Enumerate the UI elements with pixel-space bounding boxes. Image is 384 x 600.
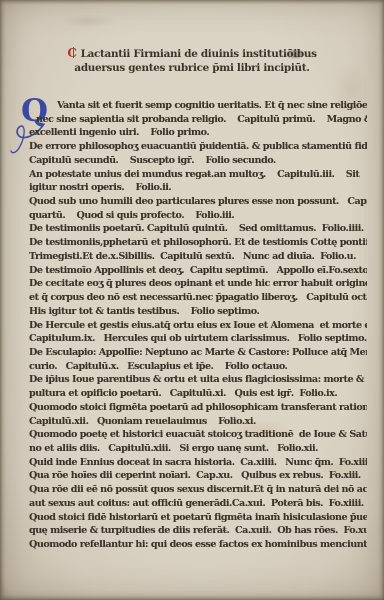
- rubric-heading: CLactantii Firmiani de diuinis instituti…: [0, 46, 384, 75]
- text-line: Capitulum.ix. Hercules qui ob uirtutem c…: [29, 332, 367, 346]
- text-line: quę miserie & turpitudies de diis referā…: [29, 524, 367, 538]
- table-of-contents: Vanta sit et fuerit semp cognitio uerita…: [29, 99, 367, 552]
- heading-line-1-wrap: CLactantii Firmiani de diuinis instituti…: [0, 46, 384, 61]
- text-line: pultura et opificio poetarū. Capitulū.xi…: [29, 387, 367, 401]
- text-line: quartū. Quod si quis profecto. Folio.iii…: [29, 209, 367, 223]
- heading-line-2: aduersus gentes rubrice p̄mi libri incip…: [0, 61, 384, 75]
- text-line: De cecitate eoʒ q̄ plures deos opinanŧ e…: [29, 277, 367, 291]
- text-line: et q̄ corpus deo nō est necessariū.nec p…: [29, 291, 367, 305]
- text-line: De errore philosophoʒ euacuantiū p̄uiden…: [29, 140, 367, 154]
- text-line: De testimoīo Appollinis et deoʒ. Capitu …: [29, 264, 367, 278]
- text-line: Quid inde Ennius doceat in sacra histori…: [29, 456, 367, 470]
- text-line: Qua rōe dii eē nō possūt quos sexus disc…: [29, 483, 367, 497]
- text-line: Quomodo poetę et historici euacuāt stoic…: [29, 428, 367, 442]
- text-line: De ip̄ius Ioue parentibus & ortu et uita…: [29, 373, 367, 387]
- text-line: De Hercule et gestis eius.atq̄ ortu eius…: [29, 319, 367, 333]
- text-line: Trimegisti.Et de.x.Sibillis. Capitulū se…: [29, 250, 367, 264]
- text-line: Quod sub uno humili deo particulares plu…: [29, 195, 367, 209]
- text-line: Quomodo refellantur hi: qui deos esse fa…: [29, 538, 367, 552]
- text-line: An potestate unius dei mundus regaŧ.an m…: [29, 168, 367, 182]
- text-line: no et aliis diis. Capitulū.xiii. Si ergo…: [29, 442, 367, 456]
- paper-stain: [60, 14, 116, 28]
- text-line: De Esculapio: Appollīe: Neptuno ac Marte…: [29, 346, 367, 360]
- text-line: Quomodo stoici figmēta poetarū ad philos…: [29, 401, 367, 415]
- text-line: excellenti ingenio uiri. Folio primo.: [29, 126, 367, 140]
- text-line: Quod stoici fidē historiarū et poetarū f…: [29, 511, 367, 525]
- text-line: Capitulū.xii. Quoniam reuelauimus Folio.…: [29, 415, 367, 429]
- text-line: Qua rōe hoīes dii ceperint noīari. Cap.x…: [29, 469, 367, 483]
- capitulum-mark-icon: C: [67, 46, 76, 60]
- text-line: Capitulū secundū. Suscepto igr̄. Folio s…: [29, 154, 367, 168]
- text-line: De testimoniis,pphetarū et philosophorū.…: [29, 236, 367, 250]
- book-page: CLactantii Firmiani de diuinis instituti…: [0, 0, 384, 600]
- text-line: Vanta sit et fuerit semp cognitio uerita…: [29, 99, 367, 113]
- text-line: nec sine sapientia sit probanda religio.…: [29, 113, 367, 127]
- text-line: igitur nostri operis. Folio.ii.: [29, 181, 367, 195]
- text-line: curio. Capitulū.x. Esculapius et ip̄e. F…: [29, 360, 367, 374]
- heading-line-1: Lactantii Firmiani de diuinis institutiō…: [81, 48, 317, 60]
- text-line: His igitur tot & tantis testibus. Folio …: [29, 305, 367, 319]
- text-line: aut sexus aut coitus: aut officiū generā…: [29, 497, 367, 511]
- text-line: De testimoniis poetarū. Capitulū quintū.…: [29, 222, 367, 236]
